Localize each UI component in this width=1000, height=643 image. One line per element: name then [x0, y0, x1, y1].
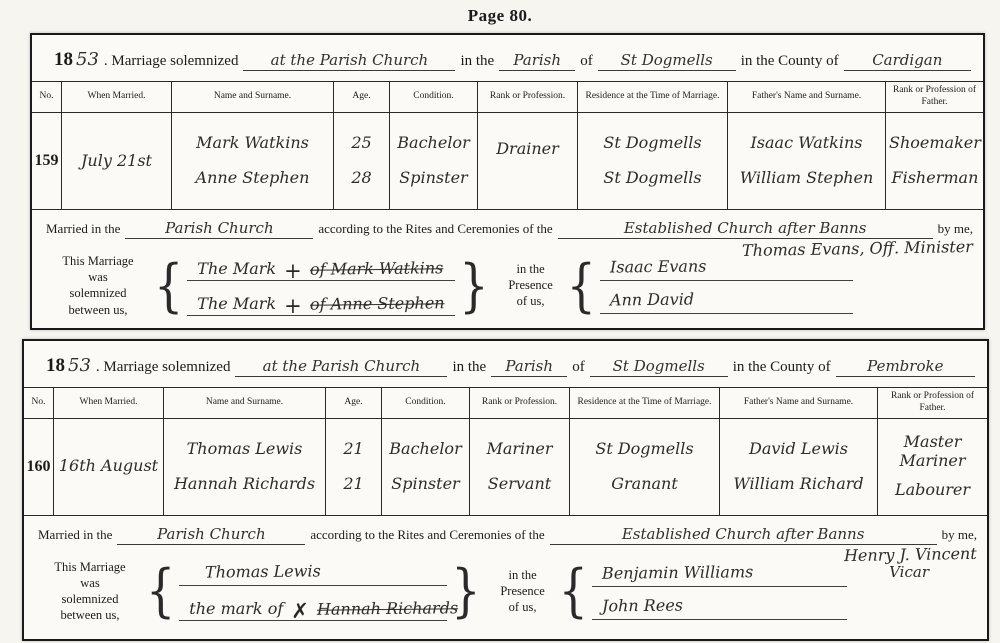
bride-mark-cross: + [284, 294, 302, 318]
cell-father-professions: Master Mariner Labourer [878, 419, 987, 515]
year-printed: 18 [54, 49, 73, 71]
groom-age: 21 [329, 440, 378, 458]
cell-professions: Mariner Servant [470, 419, 570, 515]
bride-residence: Granant [573, 475, 716, 493]
county-name: Pembroke [836, 357, 975, 377]
rites-text: according to the Rites and Ceremonies of… [310, 527, 544, 543]
groom-age: 25 [337, 134, 386, 152]
groom-name: Thomas Lewis [167, 440, 322, 458]
page-number: Page 80. [0, 0, 1000, 26]
bride-sig-prefix: The Mark [197, 294, 276, 313]
groom-residence: St Dogmells [581, 134, 724, 152]
witness-1-name: Isaac Evans [610, 256, 707, 276]
witness-2-line: Ann David [600, 290, 853, 314]
bride-mark-cross: ✗ [291, 599, 309, 623]
place-of-marriage: at the Parish Church [243, 51, 455, 71]
cell-names: Mark Watkins Anne Stephen [172, 113, 334, 209]
cell-when-married: 16th August [54, 419, 164, 515]
marriage-record-160: 1853 . Marriage solemnized at the Parish… [22, 339, 989, 641]
col-header-profession: Rank or Profession. [478, 82, 578, 113]
married-in-line: Married in the Parish Church according t… [32, 210, 983, 239]
in-the-text: in the [460, 53, 494, 70]
couple-signatures: Thomas Lewis the mark of ✗ Hannah Richar… [179, 562, 447, 621]
right-brace: } [451, 565, 480, 617]
groom-condition: Bachelor [385, 440, 466, 458]
bride-sig-prefix: the mark of [189, 599, 283, 618]
witness-2-name: John Rees [602, 595, 683, 615]
married-in-place: Parish Church [125, 219, 313, 239]
col-header-profession: Rank or Profession. [470, 388, 570, 419]
presence-label: in the Presence of us, [491, 567, 555, 616]
married-in-the-text: Married in the [38, 527, 112, 543]
cell-conditions: Bachelor Spinster [382, 419, 470, 515]
table-row-160: 160 16th August Thomas Lewis Hannah Rich… [24, 419, 987, 515]
col-header-father-profession: Rank or Profession of Father. [886, 82, 983, 113]
col-header-when-married: When Married. [62, 82, 172, 113]
county-of-text: in the County of [741, 53, 839, 70]
bride-signature-line: the mark of ✗ Hannah Richards [179, 595, 447, 621]
groom-father-name: Isaac Watkins [731, 134, 882, 152]
married-in-place: Parish Church [117, 525, 305, 545]
by-me-text: by me, [938, 221, 973, 237]
table-row-159: 159 July 21st Mark Watkins Anne Stephen … [32, 113, 983, 209]
officiant-signature: Henry J. Vincent [844, 543, 977, 564]
record-header: 1853 . Marriage solemnized at the Parish… [24, 341, 987, 381]
solemnized-label: This Marriage was solemnized between us, [46, 253, 150, 318]
parish-name: St Dogmells [590, 357, 728, 377]
col-header-residence: Residence at the Time of Marriage. [578, 82, 728, 113]
bride-father-name: William Richard [723, 475, 874, 493]
col-header-no: No. [32, 82, 62, 113]
col-header-father-profession: Rank or Profession of Father. [878, 388, 987, 419]
cell-entry-no: 160 [24, 419, 54, 515]
cell-professions: Drainer [478, 113, 578, 209]
col-header-condition: Condition. [390, 82, 478, 113]
marriage-record-159: 1853 . Marriage solemnized at the Parish… [30, 33, 985, 330]
table-header-row: No. When Married. Name and Surname. Age.… [24, 388, 987, 419]
col-header-condition: Condition. [382, 388, 470, 419]
witness-2-name: Ann David [610, 289, 694, 309]
table-header-row: No. When Married. Name and Surname. Age.… [32, 82, 983, 113]
officiant-signature: Thomas Evans, Off. Minister [742, 237, 973, 260]
year-handwritten: 53 [76, 49, 99, 70]
married-in-the-text: Married in the [46, 221, 120, 237]
witness-2-line: John Rees [592, 596, 847, 620]
groom-signature-line: The Mark + of Mark Watkins [187, 255, 455, 281]
cell-ages: 25 28 [334, 113, 390, 209]
bride-father-name: William Stephen [731, 169, 882, 187]
col-header-age: Age. [326, 388, 382, 419]
groom-father-profession: Shoemaker [889, 134, 981, 152]
cell-ages: 21 21 [326, 419, 382, 515]
groom-sig-name: Thomas Lewis [205, 561, 321, 581]
record-header: 1853 . Marriage solemnized at the Parish… [32, 35, 983, 75]
cell-father-names: Isaac Watkins William Stephen [728, 113, 886, 209]
groom-sig-name: of Mark Watkins [310, 258, 444, 278]
cell-names: Thomas Lewis Hannah Richards [164, 419, 326, 515]
bride-condition: Spinster [393, 169, 474, 187]
bride-age: 28 [337, 169, 386, 187]
cell-father-names: David Lewis William Richard [720, 419, 878, 515]
bride-sig-name: of Anne Stephen [310, 293, 445, 313]
witness-brace: { [567, 259, 596, 311]
solemnized-label: This Marriage was solemnized between us, [38, 559, 142, 624]
groom-signature-line: Thomas Lewis [179, 562, 447, 586]
in-the-text: in the [452, 359, 486, 376]
groom-name: Mark Watkins [175, 134, 330, 152]
cell-father-professions: Shoemaker Fisherman [886, 113, 984, 209]
cell-residences: St Dogmells Granant [570, 419, 720, 515]
groom-father-name: David Lewis [723, 440, 874, 458]
right-brace: } [459, 259, 488, 311]
witness-1-line: Benjamin Williams [592, 563, 847, 587]
year-printed: 18 [46, 355, 65, 377]
col-header-father-name: Father's Name and Surname. [728, 82, 886, 113]
witness-signatures: Benjamin Williams John Rees [592, 563, 847, 620]
county-name: Cardigan [844, 51, 971, 71]
groom-sig-prefix: The Mark [197, 259, 276, 278]
of-text: of [580, 53, 593, 70]
church-form: Established Church after Banns [550, 525, 937, 545]
cell-conditions: Bachelor Spinster [390, 113, 478, 209]
col-header-name: Name and Surname. [172, 82, 334, 113]
groom-condition: Bachelor [393, 134, 474, 152]
witness-brace: { [559, 565, 588, 617]
married-in-line: Married in the Parish Church according t… [24, 516, 987, 545]
bride-condition: Spinster [385, 475, 466, 493]
marriage-solemnized-text: . Marriage solemnized [104, 53, 239, 70]
cell-when-married: July 21st [62, 113, 172, 209]
year-handwritten: 53 [68, 355, 91, 376]
col-header-name: Name and Surname. [164, 388, 326, 419]
county-of-text: in the County of [733, 359, 831, 376]
bride-sig-name: Hannah Richards [317, 598, 458, 618]
cell-residences: St Dogmells St Dogmells [578, 113, 728, 209]
parish-name: St Dogmells [598, 51, 736, 71]
bride-father-profession: Labourer [881, 481, 984, 499]
bride-father-profession: Fisherman [889, 169, 981, 187]
solemnized-block: This Marriage was solemnized between us,… [24, 545, 987, 634]
groom-profession: Drainer [481, 140, 574, 158]
marriage-solemnized-text: . Marriage solemnized [96, 359, 231, 376]
register-table: No. When Married. Name and Surname. Age.… [32, 81, 983, 210]
parish-word: Parish [499, 51, 575, 71]
bride-residence: St Dogmells [581, 169, 724, 187]
groom-profession: Mariner [473, 440, 566, 458]
place-of-marriage: at the Parish Church [235, 357, 447, 377]
parish-word: Parish [491, 357, 567, 377]
rites-text: according to the Rites and Ceremonies of… [318, 221, 552, 237]
of-text: of [572, 359, 585, 376]
by-me-text: by me, [942, 527, 977, 543]
register-table: No. When Married. Name and Surname. Age.… [24, 387, 987, 516]
left-brace: { [154, 259, 183, 311]
witness-1-line: Isaac Evans [600, 257, 853, 281]
bride-profession: Servant [473, 475, 566, 493]
col-header-no: No. [24, 388, 54, 419]
bride-name: Hannah Richards [167, 475, 322, 493]
church-form: Established Church after Banns [558, 219, 933, 239]
col-header-father-name: Father's Name and Surname. [720, 388, 878, 419]
witness-1-name: Benjamin Williams [602, 562, 753, 583]
witness-signatures: Isaac Evans Ann David [600, 257, 853, 314]
cell-entry-no: 159 [32, 113, 62, 209]
groom-father-profession: Master Mariner [881, 433, 984, 470]
couple-signatures: The Mark + of Mark Watkins The Mark + of… [187, 255, 455, 316]
bride-signature-line: The Mark + of Anne Stephen [187, 290, 455, 316]
left-brace: { [146, 565, 175, 617]
col-header-age: Age. [334, 82, 390, 113]
col-header-residence: Residence at the Time of Marriage. [570, 388, 720, 419]
groom-residence: St Dogmells [573, 440, 716, 458]
bride-age: 21 [329, 475, 378, 493]
presence-label: in the Presence of us, [499, 261, 563, 310]
groom-mark-cross: + [284, 259, 302, 283]
bride-name: Anne Stephen [175, 169, 330, 187]
col-header-when-married: When Married. [54, 388, 164, 419]
